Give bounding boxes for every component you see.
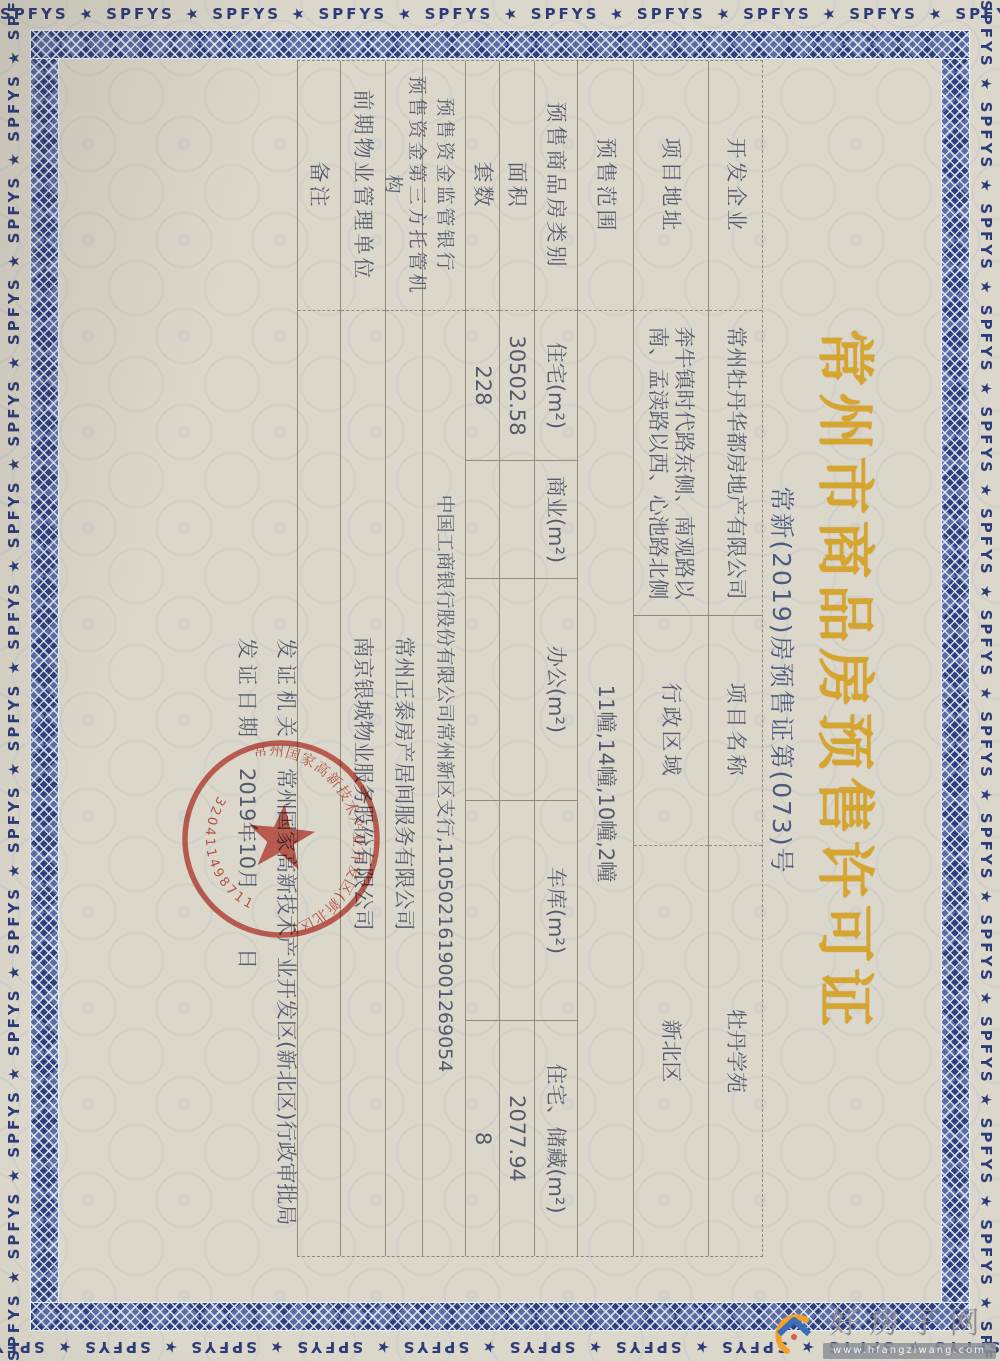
house-logo-icon [767,1307,819,1359]
project-name-label: 项目名称 [709,616,762,846]
remarks-label: 备注 [298,61,340,311]
certificate-document: SPFYS ★ SPFYS ★ SPFYS ★ SPFYS ★ SPFYS ★ … [0,0,1000,1361]
units-storage: 8 [466,1021,499,1256]
issue-date-label: 发证日期 [233,638,263,742]
table-row: 开发企业 常州牡丹华都房地产有限公司 项目名称 牡丹学苑 [708,61,762,1256]
table-row: 预售商品房类别 住宅(m²) 商业(m²) 办公(m²) 车库(m²) 住宅、储… [534,61,577,1256]
units-garage [466,801,499,1021]
supervision-bank-label: 预售资金监管银行 [423,61,465,311]
units-commercial [466,461,499,579]
developer-label: 开发企业 [709,61,762,311]
developer-value: 常州牡丹华都房地产有限公司 [709,311,762,616]
category-office: 办公(m²) [535,579,577,801]
border-text-top: SPFYS ★ SPFYS ★ SPFYS ★ SPFYS ★ SPFYS ★ … [971,0,995,1361]
units-office [466,579,499,801]
property-mgmt-label: 前期物业管理单位 [341,61,385,311]
project-name-value: 牡丹学苑 [709,846,762,1256]
units-residential: 228 [466,311,499,461]
category-label: 预售商品房类别 [535,61,577,311]
area-residential: 30502.58 [500,311,534,461]
table-row: 预售范围 11幢,14幢,10幢,2幢 [577,61,633,1256]
district-value: 新北区 [634,846,708,1256]
custodian-value: 常州正泰房产居间服务有限公司 [386,311,422,1256]
table-row: 预售资金第三方托管机构 常州正泰房产居间服务有限公司 [385,61,422,1256]
area-storage: 2077.94 [500,1021,534,1256]
units-label: 套数 [466,61,499,311]
category-commercial: 商业(m²) [535,461,577,579]
certificate-table: 开发企业 常州牡丹华都房地产有限公司 项目名称 牡丹学苑 项目地址 奔牛镇时代路… [297,60,763,1257]
category-storage: 住宅、储藏(m²) [535,1021,577,1256]
presale-scope-label: 预售范围 [578,61,633,311]
district-label: 行政区域 [634,616,708,846]
table-row: 前期物业管理单位 南京银城物业服务股份有限公司 [340,61,385,1256]
area-label: 面积 [500,61,534,311]
issuer-label: 发证机关 [272,638,302,742]
address-label: 项目地址 [634,61,708,311]
site-watermark: 好房子网 www.hfangziwang.com [767,1307,996,1359]
address-value: 奔牛镇时代路东侧、南观路以南、孟渎路以西、心池路北侧 [634,311,708,616]
guilloche-border-bottom [30,30,59,1331]
table-row: 预售资金监管银行 中国工商银行股份有限公司常州新区支行,110502161900… [422,61,465,1256]
watermark-site-name: 好房子网 [829,1309,989,1339]
certificate-photo: SPFYS ★ SPFYS ★ SPFYS ★ SPFYS ★ SPFYS ★ … [0,0,1000,1361]
certificate-title: 常州市商品房预售许可证 [808,0,892,1361]
area-office [500,579,534,801]
area-commercial [500,461,534,579]
custodian-label: 预售资金第三方托管机构 [386,61,422,311]
official-seal: 常州国家高新技术产业开发区(新北区)行政审批局 3204114987117 [159,717,403,961]
table-row: 项目地址 奔牛镇时代路东侧、南观路以南、孟渎路以西、心池路北侧 行政区域 新北区 [633,61,708,1256]
seal-star-icon [246,799,322,877]
table-row: 备注 [298,61,340,1256]
category-garage: 车库(m²) [535,801,577,1021]
presale-scope-value: 11幢,14幢,10幢,2幢 [578,311,633,1256]
category-residential: 住宅(m²) [535,311,577,461]
border-text-bottom: SPFYS ★ SPFYS ★ SPFYS ★ SPFYS ★ SPFYS ★ … [5,0,29,1361]
watermark-url: www.hfangziwang.com [823,1343,996,1359]
table-row: 套数 228 8 [465,61,499,1256]
certificate-number: 常新(2019)房预售证第(073)号 [765,0,801,1361]
table-row: 面积 30502.58 2077.94 [499,61,534,1256]
supervision-bank-value: 中国工商银行股份有限公司常州新区支行,1105021619001269054 [423,311,465,1256]
guilloche-border-top [941,30,970,1331]
area-garage [500,801,534,1021]
